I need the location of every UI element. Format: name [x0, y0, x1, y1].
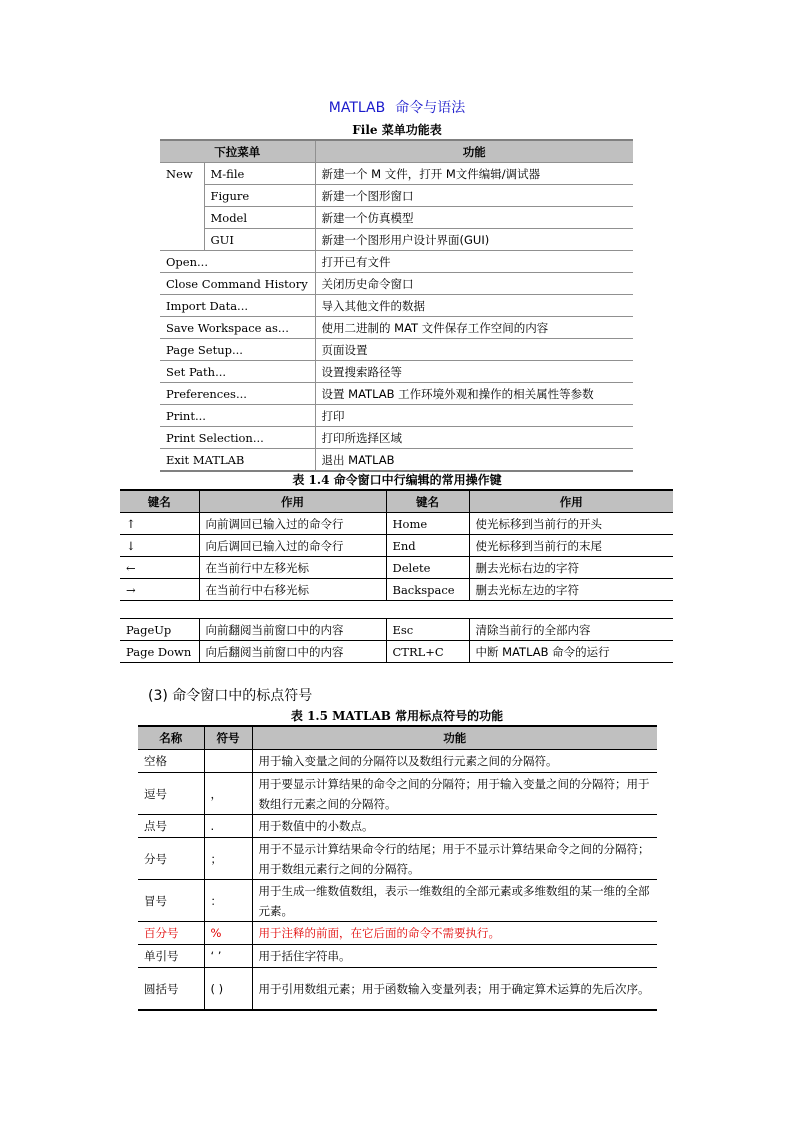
key-action: 删去光标右边的字符 — [469, 557, 673, 579]
table-row: 冒号：用于生成一维数值数组，表示一维数组的全部元素或多维数组的某一维的全部元素。 — [138, 880, 657, 922]
table-row: 圆括号( )用于引用数组元素；用于函数输入变量列表；用于确定算术运算的先后次序。 — [138, 968, 657, 1011]
file-menu-table: 下拉菜单 功能 NewM-file新建一个 M 文件，打开 M文件编辑/调试器F… — [160, 139, 633, 472]
table-row: 分号；用于不显示计算结果命令行的结尾；用于不显示计算结果命令之间的分隔符；用于数… — [138, 838, 657, 880]
function-description: 新建一个图形窗口 — [315, 185, 633, 207]
title-subject: 命令与语法 — [395, 100, 465, 116]
header-symbol: 符号 — [204, 726, 252, 750]
table3-caption: 表 1.5 MATLAB 常用标点符号的功能 — [0, 707, 794, 724]
function-description: 退出 MATLAB — [315, 449, 633, 472]
table-row: Model新建一个仿真模型 — [160, 207, 633, 229]
function-description: 页面设置 — [315, 339, 633, 361]
punct-function: 用于数值中的小数点。 — [252, 815, 657, 838]
punct-symbol: ； — [204, 838, 252, 880]
punctuation-table: 名称 符号 功能 空格用于输入变量之间的分隔符以及数组行元素之间的分隔符。逗号，… — [138, 725, 657, 1011]
table-row: Open...打开已有文件 — [160, 251, 633, 273]
punct-function: 用于要显示计算结果的命令之间的分隔符；用于输入变量之间的分隔符；用于数组行元素之… — [252, 773, 657, 815]
key-name: PageUp — [120, 619, 199, 641]
key-action: 向前翻阅当前窗口中的内容 — [199, 619, 386, 641]
function-description: 新建一个 M 文件，打开 M文件编辑/调试器 — [315, 163, 633, 185]
key-name: → — [120, 579, 199, 601]
key-action: 中断 MATLAB 命令的运行 — [469, 641, 673, 663]
table-row: PageUp向前翻阅当前窗口中的内容Esc清除当前行的全部内容 — [120, 619, 673, 641]
function-description: 设置 MATLAB 工作环境外观和操作的相关属性等参数 — [315, 383, 633, 405]
table-row: →在当前行中右移光标Backspace删去光标左边的字符 — [120, 579, 673, 601]
key-action: 在当前行中左移光标 — [199, 557, 386, 579]
punct-symbol: ， — [204, 773, 252, 815]
table-row: 单引号‘ ’用于括住字符串。 — [138, 945, 657, 968]
header-action-2: 作用 — [469, 490, 673, 513]
function-description: 新建一个图形用户设计界面(GUI) — [315, 229, 633, 251]
punct-name: 单引号 — [138, 945, 204, 968]
table2-caption: 表 1.4 命令窗口中行编辑的常用操作键 — [0, 471, 794, 488]
menu-item: Print... — [160, 405, 315, 427]
key-action: 向前调回已输入过的命令行 — [199, 513, 386, 535]
table-row: Page Setup...页面设置 — [160, 339, 633, 361]
punct-name: 冒号 — [138, 880, 204, 922]
submenu-item: GUI — [204, 229, 315, 251]
menu-item: Preferences... — [160, 383, 315, 405]
table1-caption: File 菜单功能表 — [0, 121, 794, 138]
punct-symbol: ： — [204, 880, 252, 922]
key-action: 使光标移到当前行的开头 — [469, 513, 673, 535]
key-name: ↓ — [120, 535, 199, 557]
key-name: ← — [120, 557, 199, 579]
punct-function: 用于引用数组元素；用于函数输入变量列表；用于确定算术运算的先后次序。 — [252, 968, 657, 1011]
menu-item: Import Data... — [160, 295, 315, 317]
punct-function: 用于注释的前面，在它后面的命令不需要执行。 — [252, 922, 657, 945]
punct-name: 空格 — [138, 750, 204, 773]
submenu-item: M-file — [204, 163, 315, 185]
punct-symbol: % — [204, 922, 252, 945]
key-name: Home — [386, 513, 469, 535]
table-row: Set Path...设置搜索路径等 — [160, 361, 633, 383]
table-row: NewM-file新建一个 M 文件，打开 M文件编辑/调试器 — [160, 163, 633, 185]
table-row: Close Command History关闭历史命令窗口 — [160, 273, 633, 295]
punct-name: 圆括号 — [138, 968, 204, 1011]
table-row: Exit MATLAB退出 MATLAB — [160, 449, 633, 472]
function-description: 打印所选择区域 — [315, 427, 633, 449]
submenu-item: Figure — [204, 185, 315, 207]
key-action: 向后翻阅当前窗口中的内容 — [199, 641, 386, 663]
key-name: Delete — [386, 557, 469, 579]
punct-name: 点号 — [138, 815, 204, 838]
table-row: 百分号%用于注释的前面，在它后面的命令不需要执行。 — [138, 922, 657, 945]
punct-symbol: ( ) — [204, 968, 252, 1011]
table-row: 空格用于输入变量之间的分隔符以及数组行元素之间的分隔符。 — [138, 750, 657, 773]
table-row: ↓向后调回已输入过的命令行End使光标移到当前行的末尾 — [120, 535, 673, 557]
header-function: 功能 — [315, 140, 633, 163]
table-row: 逗号，用于要显示计算结果的命令之间的分隔符；用于输入变量之间的分隔符；用于数组行… — [138, 773, 657, 815]
line-edit-keys-table: 键名 作用 键名 作用 ↑向前调回已输入过的命令行Home使光标移到当前行的开头… — [120, 489, 673, 601]
function-description: 导入其他文件的数据 — [315, 295, 633, 317]
punct-symbol — [204, 750, 252, 773]
punct-symbol: . — [204, 815, 252, 838]
key-name: Esc — [386, 619, 469, 641]
table-row: 点号.用于数值中的小数点。 — [138, 815, 657, 838]
punct-symbol: ‘ ’ — [204, 945, 252, 968]
menu-item: Close Command History — [160, 273, 315, 295]
table-row: ←在当前行中左移光标Delete删去光标右边的字符 — [120, 557, 673, 579]
key-name: Backspace — [386, 579, 469, 601]
key-name: CTRL+C — [386, 641, 469, 663]
key-action: 向后调回已输入过的命令行 — [199, 535, 386, 557]
menu-item: Open... — [160, 251, 315, 273]
table-header-row: 下拉菜单 功能 — [160, 140, 633, 163]
function-description: 使用二进制的 MAT 文件保存工作空间的内容 — [315, 317, 633, 339]
menu-item: Set Path... — [160, 361, 315, 383]
table-row: Print...打印 — [160, 405, 633, 427]
punct-name: 分号 — [138, 838, 204, 880]
punct-function: 用于输入变量之间的分隔符以及数组行元素之间的分隔符。 — [252, 750, 657, 773]
table-row: Save Workspace as...使用二进制的 MAT 文件保存工作空间的… — [160, 317, 633, 339]
page-title: MATLAB命令与语法 — [0, 97, 794, 117]
key-action: 使光标移到当前行的末尾 — [469, 535, 673, 557]
menu-item: Page Setup... — [160, 339, 315, 361]
table-row: Preferences...设置 MATLAB 工作环境外观和操作的相关属性等参… — [160, 383, 633, 405]
line-edit-keys-table-continued: PageUp向前翻阅当前窗口中的内容Esc清除当前行的全部内容Page Down… — [120, 618, 673, 663]
header-key-1: 键名 — [120, 490, 199, 513]
punct-function: 用于生成一维数值数组，表示一维数组的全部元素或多维数组的某一维的全部元素。 — [252, 880, 657, 922]
submenu-item: Model — [204, 207, 315, 229]
table-row: Print Selection...打印所选择区域 — [160, 427, 633, 449]
header-action-1: 作用 — [199, 490, 386, 513]
table-row: Page Down向后翻阅当前窗口中的内容CTRL+C中断 MATLAB 命令的… — [120, 641, 673, 663]
table-row: Figure新建一个图形窗口 — [160, 185, 633, 207]
table-header-row: 名称 符号 功能 — [138, 726, 657, 750]
punct-function: 用于括住字符串。 — [252, 945, 657, 968]
function-description: 打开已有文件 — [315, 251, 633, 273]
punct-name: 百分号 — [138, 922, 204, 945]
table-row: GUI新建一个图形用户设计界面(GUI) — [160, 229, 633, 251]
key-action: 在当前行中右移光标 — [199, 579, 386, 601]
function-description: 打印 — [315, 405, 633, 427]
function-description: 设置搜索路径等 — [315, 361, 633, 383]
menu-item: Save Workspace as... — [160, 317, 315, 339]
section-heading: (3) 命令窗口中的标点符号 — [148, 685, 312, 705]
table-row: Import Data...导入其他文件的数据 — [160, 295, 633, 317]
menu-item: Exit MATLAB — [160, 449, 315, 472]
header-name: 名称 — [138, 726, 204, 750]
header-key-2: 键名 — [386, 490, 469, 513]
table-header-row: 键名 作用 键名 作用 — [120, 490, 673, 513]
function-description: 新建一个仿真模型 — [315, 207, 633, 229]
menu-new: New — [160, 163, 204, 251]
punct-name: 逗号 — [138, 773, 204, 815]
header-dropdown-menu: 下拉菜单 — [160, 140, 315, 163]
menu-item: Print Selection... — [160, 427, 315, 449]
header-function: 功能 — [252, 726, 657, 750]
key-action: 删去光标左边的字符 — [469, 579, 673, 601]
title-matlab: MATLAB — [329, 100, 385, 116]
key-name: ↑ — [120, 513, 199, 535]
punct-function: 用于不显示计算结果命令行的结尾；用于不显示计算结果命令之间的分隔符；用于数组元素… — [252, 838, 657, 880]
key-name: End — [386, 535, 469, 557]
key-action: 清除当前行的全部内容 — [469, 619, 673, 641]
table-row: ↑向前调回已输入过的命令行Home使光标移到当前行的开头 — [120, 513, 673, 535]
function-description: 关闭历史命令窗口 — [315, 273, 633, 295]
key-name: Page Down — [120, 641, 199, 663]
